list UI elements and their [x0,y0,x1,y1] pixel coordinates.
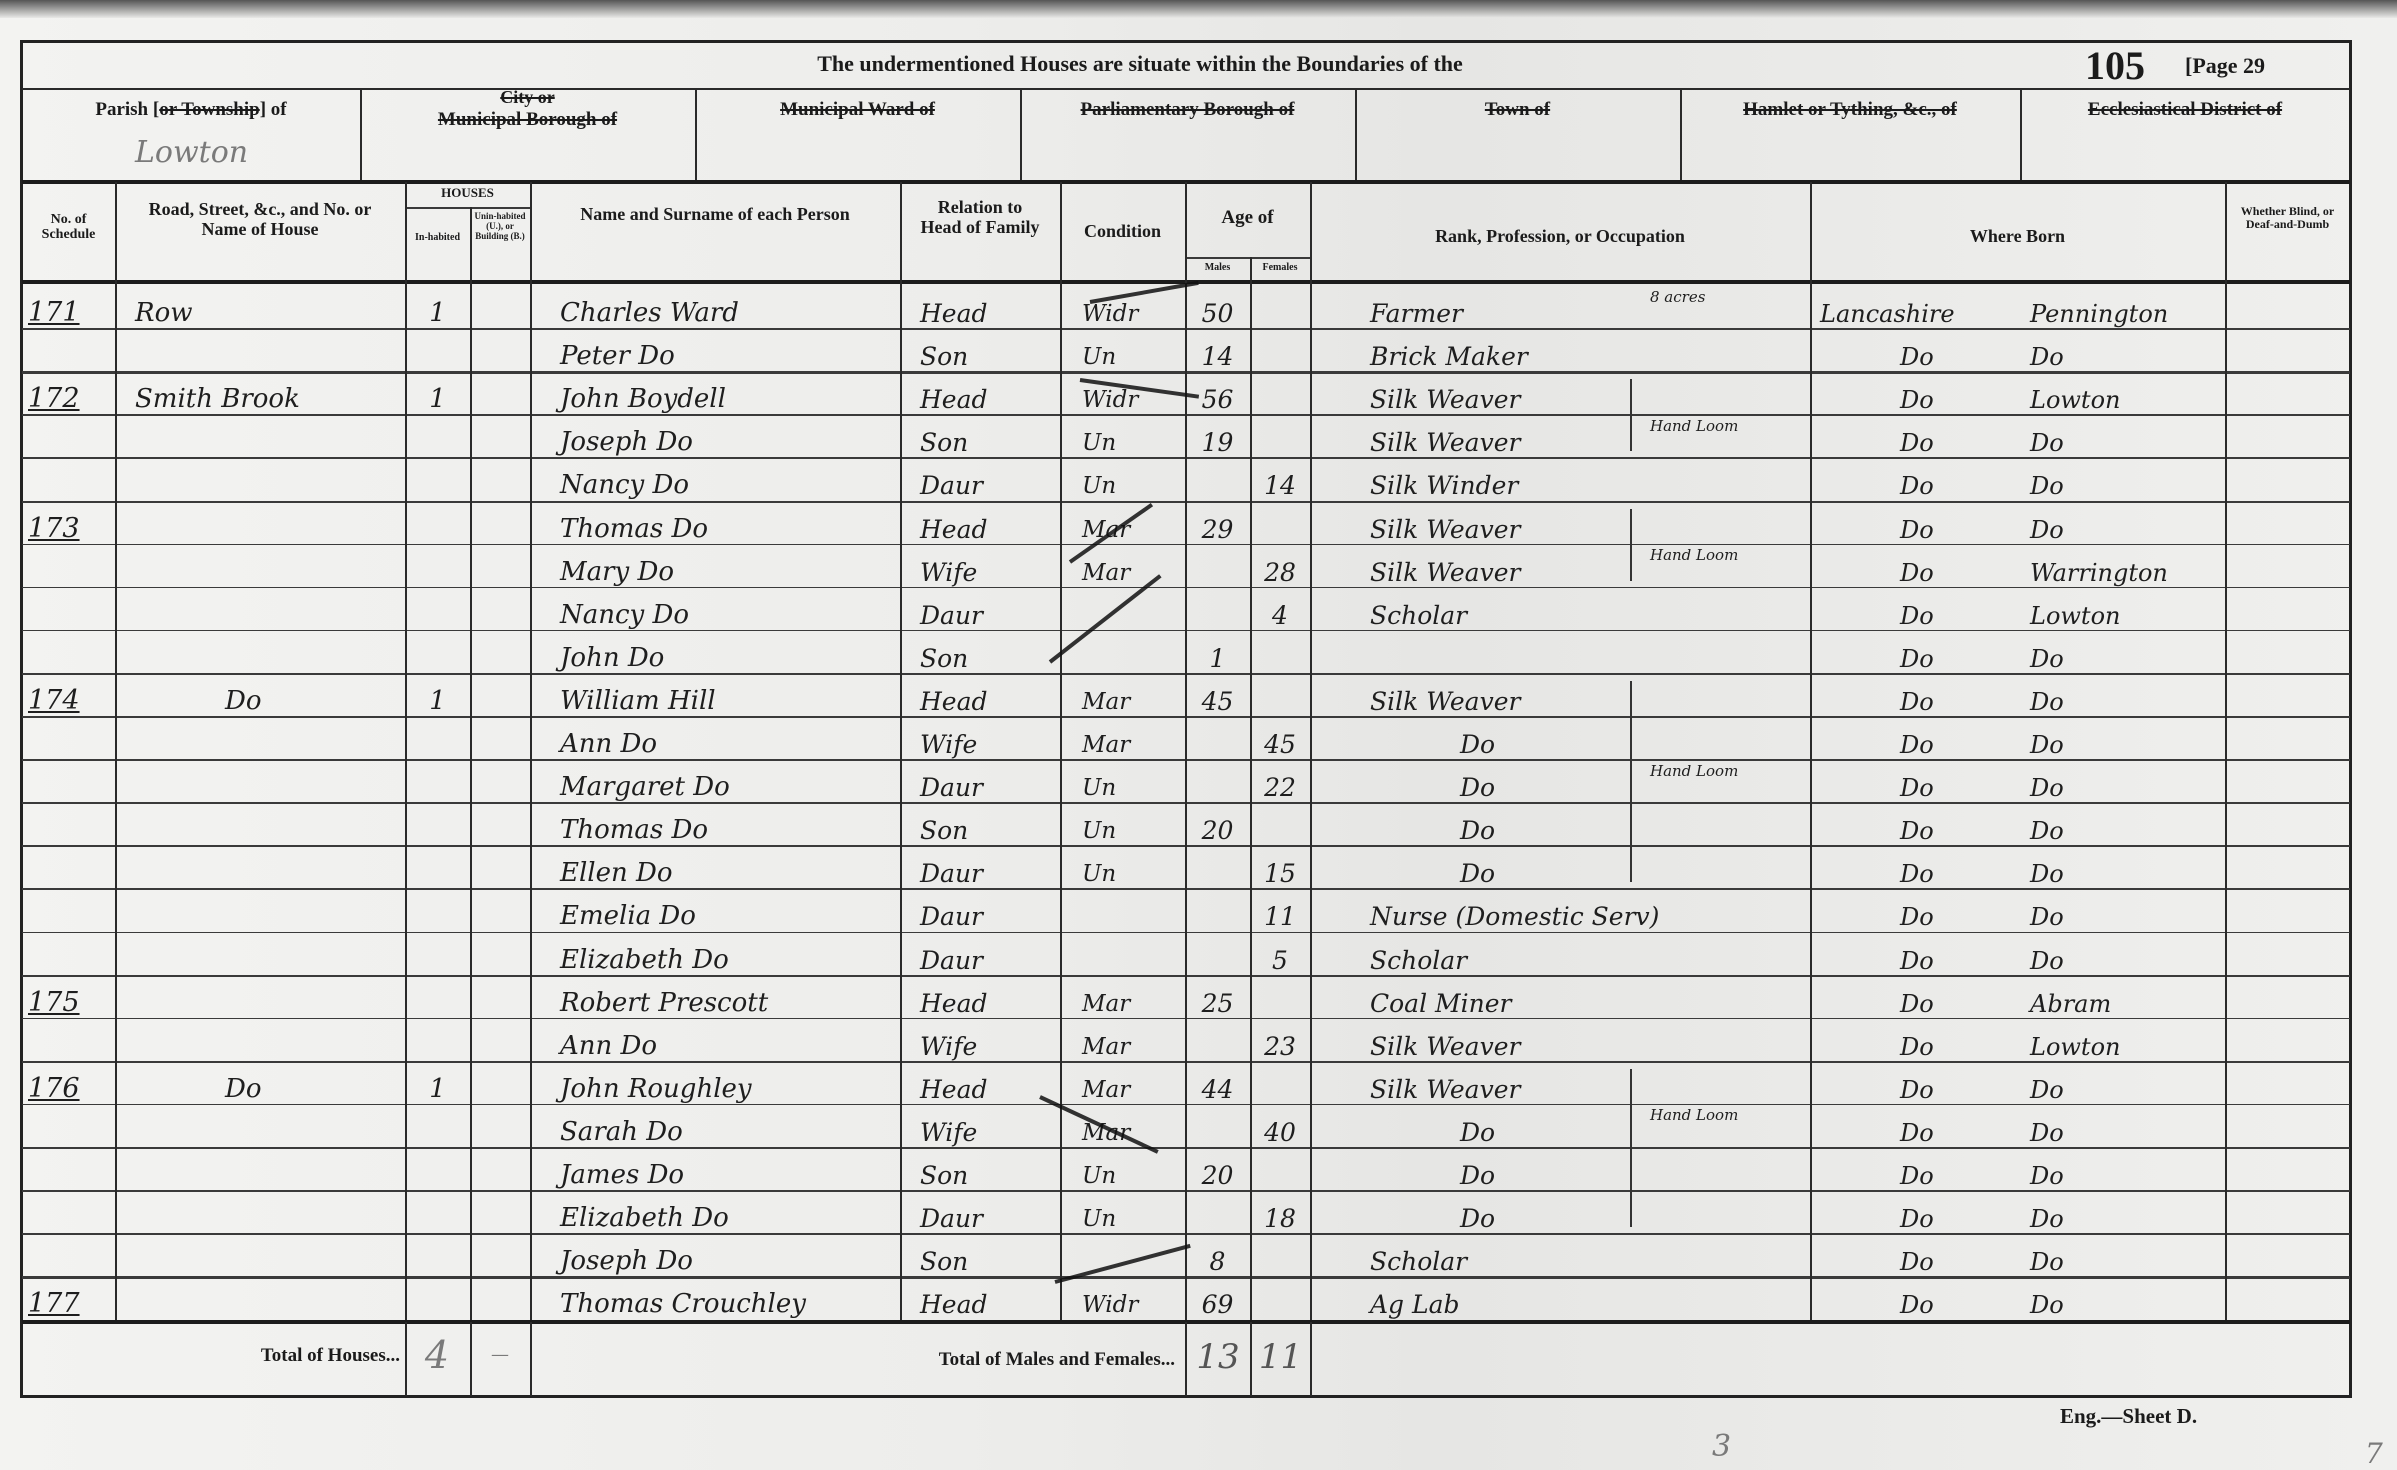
schedule-number [22,888,115,931]
person-name-text: Sarah Do [560,1119,683,1145]
occupation-text: Do [1460,1163,1495,1188]
person-name-text: Mary Do [560,559,674,585]
road-name [115,1190,405,1233]
road-name [115,630,405,673]
schedule-number [22,716,115,759]
header-males: Males [1185,262,1250,273]
birth-place-text: Do [2030,819,2064,843]
age-rule [1185,257,1310,259]
birth-place-text: Lowton [2030,1035,2120,1059]
road-name [115,1233,405,1276]
person-name-text: Ann Do [560,731,657,757]
occupation-note: 8 acres [1640,263,1810,306]
inhabited-count [405,1233,470,1276]
female-age: 11 [1250,888,1310,931]
birth-county-text: Do [1900,1207,1934,1231]
bracket-mark [1630,509,1632,581]
female-age [1250,371,1310,414]
male-age-text: 69 [1202,1292,1234,1317]
occupation-text: Scholar [1370,603,1467,628]
road-name [115,845,405,888]
male-age-text: 20 [1202,1163,1234,1188]
birth-place: Do [2020,630,2225,673]
female-age: 18 [1250,1190,1310,1233]
female-age-text: 18 [1264,1206,1296,1231]
birth-county-text: Do [1900,518,1934,542]
birth-place-text: Abram [2030,992,2111,1016]
birth-county-text: Do [1900,561,1934,585]
birth-place-text: Do [2030,431,2064,455]
town-label: Town of [1355,100,1680,121]
female-age-text: 45 [1264,732,1296,757]
person-name-text: Elizabeth Do [560,1205,729,1231]
person-name: Thomas Do [530,501,900,544]
inhabited-count-text: 1 [429,688,446,714]
road-name-text: Do [225,1076,262,1102]
schedule-number [22,759,115,802]
inhabited-count [405,587,470,630]
schedule-number [22,1190,115,1233]
occupation-note-text: Hand Loom [1650,764,1738,779]
male-age: 14 [1185,328,1250,371]
relation-to-head-text: Head [920,387,988,412]
schedule-number [22,630,115,673]
marital-condition: Un [1060,802,1185,845]
inhabited-count [405,414,470,457]
folio-number: 105 [2060,44,2170,88]
schedule-number [22,1233,115,1276]
female-age [1250,1147,1310,1190]
birth-place-text: Pennington [2030,302,2168,326]
birth-place: Do [2020,845,2225,888]
road-name-text: Row [135,300,192,326]
birth-place-text: Do [2030,733,2064,757]
occupation-text: Scholar [1370,948,1467,973]
occupation-note: Hand Loom [1640,738,1810,781]
census-row: Thomas DoSonUn20DoDoDo [0,802,2397,845]
relation-to-head: Head [900,673,1060,716]
person-name: Elizabeth Do [530,1190,900,1233]
inhabited-count [405,328,470,371]
birth-county-text: Do [1900,1250,1934,1274]
male-age-text: 20 [1202,818,1234,843]
inhabited-count [405,932,470,975]
male-age [1185,845,1250,888]
female-age [1250,673,1310,716]
person-name: Ellen Do [530,845,900,888]
birth-county-text: Do [1900,819,1934,843]
relation-to-head: Daur [900,1190,1060,1233]
relation-to-head-text: Head [920,301,988,326]
inhabited-count [405,845,470,888]
relation-to-head: Head [900,975,1060,1018]
male-age-text: 25 [1202,991,1234,1016]
occupation [1310,630,1810,673]
marital-condition [1060,587,1185,630]
person-name-text: Margaret Do [560,774,730,800]
birth-county-text: Do [1900,431,1934,455]
female-age-text: 14 [1264,473,1296,498]
occupation-text: Silk Weaver [1370,1034,1520,1059]
birth-county-text: Do [1900,1164,1934,1188]
male-age [1185,1018,1250,1061]
header-age: Age of [1185,208,1310,229]
schedule-number [22,845,115,888]
person-name: Robert Prescott [530,975,900,1018]
birth-place: Do [2020,1104,2225,1147]
relation-to-head-text: Son [920,344,968,369]
male-age: 19 [1185,414,1250,457]
male-age-text: 44 [1202,1077,1234,1102]
hamlet-label: Hamlet or Tything, &c., of [1680,100,2020,121]
road-name [115,587,405,630]
person-name-text: Elizabeth Do [560,947,729,973]
female-age-text: 40 [1264,1120,1296,1145]
census-row: 176Do1John RoughleyHeadMar44Silk WeaverD… [0,1061,2397,1104]
parish-label-end: ] of [260,99,287,120]
birth-county-text: Do [1900,1121,1934,1145]
census-row: 173Thomas DoHeadMar29Silk WeaverDoDo [0,501,2397,544]
birth-place: Do [2020,932,2225,975]
schedule-number: 177 [22,1276,115,1319]
occupation: Nurse (Domestic Serv) [1310,888,1810,931]
person-name: Ann Do [530,1018,900,1061]
occupation-note: Hand Loom [1640,522,1810,565]
relation-to-head-text: Wife [920,1034,977,1059]
relation-to-head-text: Wife [920,732,977,757]
occupation-text: Nurse (Domestic Serv) [1370,904,1659,929]
occupation-text: Do [1460,1206,1495,1231]
relation-to-head-text: Daur [920,473,983,498]
relation-to-head-text: Daur [920,948,983,973]
relation-to-head: Wife [900,544,1060,587]
marital-condition: Un [1060,457,1185,500]
inhabited-count [405,802,470,845]
census-row: 177Thomas CrouchleyHeadWidr69Ag LabDoDo [0,1276,2397,1319]
inhabited-count [405,1276,470,1319]
relation-to-head: Head [900,285,1060,328]
census-row: Mary DoWifeMar28Silk WeaverDoWarringtonH… [0,544,2397,587]
schedule-number [22,457,115,500]
schedule-number-text: 174 [28,687,80,714]
marital-condition-text: Mar [1082,734,1130,757]
municipal-ward-label: Municipal Ward of [695,100,1020,121]
marital-condition-text: Un [1082,1208,1116,1231]
relation-to-head: Son [900,328,1060,371]
occupation: Silk Weaver [1310,673,1810,716]
column-rule [530,182,532,1320]
bracket-mark [1630,681,1632,883]
road-name: Do [115,673,405,716]
female-age: 45 [1250,716,1310,759]
relation-to-head-text: Head [920,1077,988,1102]
person-name: Emelia Do [530,888,900,931]
inhabited-count-text: 1 [429,386,446,412]
marital-condition: Mar [1060,673,1185,716]
relation-to-head-text: Head [920,517,988,542]
marital-condition-text: Mar [1082,1079,1130,1102]
census-row: Peter DoSonUn14Brick MakerDoDo [0,328,2397,371]
birth-place: Do [2020,1276,2225,1319]
schedule-number [22,544,115,587]
marital-condition-text: Widr [1082,303,1138,326]
birth-county-text: Do [1900,345,1934,369]
person-name: William Hill [530,673,900,716]
marital-condition: Un [1060,759,1185,802]
boundary-divider [1355,90,1357,180]
person-name-text: Ann Do [560,1033,657,1059]
birth-place-text: Do [2030,1164,2064,1188]
female-age-text: 5 [1272,948,1288,973]
female-age [1250,1233,1310,1276]
road-name [115,1276,405,1319]
parish-label: Parish [or Township] of [22,100,360,121]
schedule-number: 173 [22,501,115,544]
column-rule [405,182,407,1320]
female-age [1250,802,1310,845]
person-name: Charles Ward [530,285,900,328]
totals-column-rule [1310,1322,1312,1396]
inhabited-count: 1 [405,673,470,716]
birth-place-text: Do [2030,776,2064,800]
person-name-text: Thomas Do [560,817,708,843]
person-name: Mary Do [530,544,900,587]
marital-condition-text: Un [1082,820,1116,843]
corner-mark-3: 3 [1712,1432,1731,1462]
birth-county-text: Do [1900,1293,1934,1317]
relation-to-head: Wife [900,716,1060,759]
birth-county-text: Do [1900,690,1934,714]
occupation-text: Do [1460,732,1495,757]
occupation-text: Do [1460,861,1495,886]
bracket-mark [1630,379,1632,451]
occupation-text: Silk Weaver [1370,560,1520,585]
birth-place-text: Do [2030,690,2064,714]
occupation-text: Ag Lab [1370,1292,1460,1317]
female-age: 22 [1250,759,1310,802]
person-name-text: Ellen Do [560,860,673,886]
header-schedule: No. of Schedule [22,212,115,243]
schedule-number-text: 173 [28,515,80,542]
relation-to-head-text: Daur [920,775,983,800]
occupation: Do [1310,1147,1810,1190]
relation-to-head: Son [900,1233,1060,1276]
road-name [115,414,405,457]
inhabited-count [405,457,470,500]
total-houses-label: Total of Houses... [150,1346,400,1367]
male-age: 8 [1185,1233,1250,1276]
birth-place: Do [2020,802,2225,845]
male-age-text: 1 [1210,646,1226,671]
marital-condition: Mar [1060,1061,1185,1104]
person-name: John Do [530,630,900,673]
relation-to-head: Son [900,630,1060,673]
person-name-text: Thomas Crouchley [560,1291,806,1317]
census-row: 171Row1Charles WardHeadWidr50FarmerLanca… [0,285,2397,328]
schedule-number [22,802,115,845]
person-name-text: John Roughley [560,1076,752,1102]
relation-to-head: Head [900,371,1060,414]
relation-to-head: Wife [900,1018,1060,1061]
relation-to-head: Head [900,1061,1060,1104]
road-name [115,759,405,802]
person-name-text: Emelia Do [560,903,696,929]
male-age-text: 14 [1202,344,1234,369]
marital-condition: Un [1060,1147,1185,1190]
female-age-text: 22 [1264,775,1296,800]
birth-place: Do [2020,759,2225,802]
relation-to-head-text: Wife [920,560,977,585]
schedule-number [22,414,115,457]
marital-condition: Mar [1060,1018,1185,1061]
sheet-label: Eng.—Sheet D. [2060,1405,2260,1428]
marital-condition-text: Mar [1082,691,1130,714]
birth-place: Do [2020,501,2225,544]
male-age [1185,932,1250,975]
header-occupation: Rank, Profession, or Occupation [1310,227,1810,247]
census-row: Nancy DoDaurUn14Silk WinderDoDo [0,457,2397,500]
road-name [115,544,405,587]
male-age-text: 56 [1202,387,1234,412]
marital-condition-text: Un [1082,863,1116,886]
male-age: 44 [1185,1061,1250,1104]
male-age: 20 [1185,1147,1250,1190]
marital-condition: Un [1060,1190,1185,1233]
female-age-text: 11 [1264,904,1296,929]
birth-place-text: Do [2030,345,2064,369]
occupation: Do [1310,802,1810,845]
census-row: 174Do1William HillHeadMar45Silk WeaverDo… [0,673,2397,716]
schedule-number [22,328,115,371]
relation-to-head: Daur [900,587,1060,630]
person-name-text: Charles Ward [560,300,739,326]
census-row: 172Smith Brook1John BoydellHeadWidr56Sil… [0,371,2397,414]
inhabited-count: 1 [405,1061,470,1104]
schedule-number: 176 [22,1061,115,1104]
marital-condition-text: Mar [1082,1036,1130,1059]
marital-condition-text: Un [1082,432,1116,455]
schedule-number [22,1147,115,1190]
boundary-divider [360,90,362,180]
occupation-text: Do [1460,1120,1495,1145]
marital-condition-text: Un [1082,777,1116,800]
occupation: Do [1310,845,1810,888]
totals-column-rule [530,1322,532,1396]
occupation: Scholar [1310,932,1810,975]
municipal-borough-label: Municipal Borough of [360,110,695,131]
road-name [115,932,405,975]
census-page: The undermentioned Houses are situate wi… [0,0,2397,1470]
relation-to-head: Daur [900,759,1060,802]
schedule-number-text: 171 [28,299,80,326]
column-rule [1810,182,1812,1320]
total-houses-inhabited: 4 [412,1336,462,1374]
male-age-text: 45 [1202,689,1234,714]
birth-place: Do [2020,673,2225,716]
person-name: John Roughley [530,1061,900,1104]
inhabited-count [405,501,470,544]
birth-place: Do [2020,1190,2225,1233]
occupation-text: Silk Weaver [1370,387,1520,412]
birth-place: Do [2020,1233,2225,1276]
birth-place: Do [2020,1147,2225,1190]
census-row: Margaret DoDaurUn22DoDoDoHand Loom [0,759,2397,802]
relation-to-head-text: Head [920,991,988,1016]
ecclesiastical-district-label: Ecclesiastical District of [2020,100,2350,121]
census-row: Ann DoWifeMar23Silk WeaverDoLowton [0,1018,2397,1061]
corner-mark-7: 7 [2365,1440,2383,1468]
road-name-text: Smith Brook [135,386,300,412]
person-name: Margaret Do [530,759,900,802]
birth-place: Lowton [2020,1018,2225,1061]
marital-condition: Un [1060,414,1185,457]
boundary-divider [2020,90,2022,180]
township-struck: or Township [159,99,260,120]
birth-place: Do [2020,888,2225,931]
parliamentary-borough-label: Parliamentary Borough of [1020,100,1355,121]
male-age [1185,1104,1250,1147]
occupation: Scholar [1310,1233,1810,1276]
birth-place: Lowton [2020,587,2225,630]
header-road: Road, Street, &c., and No. or Name of Ho… [115,200,405,240]
totals-column-rule [470,1322,472,1396]
person-name: Thomas Crouchley [530,1276,900,1319]
inhabited-count [405,759,470,802]
relation-to-head: Daur [900,457,1060,500]
inhabited-count [405,888,470,931]
birth-county-text: Do [1900,776,1934,800]
occupation-note-text: Hand Loom [1650,548,1738,563]
total-persons-label: Total of Males and Females... [760,1350,1175,1371]
header-where-born: Where Born [1810,227,2225,247]
header-relation: Relation to Head of Family [900,198,1060,238]
male-age: 1 [1185,630,1250,673]
boundaries-title: The undermentioned Houses are situate wi… [540,52,1740,76]
occupation-text: Coal Miner [1370,991,1511,1016]
marital-condition: Un [1060,845,1185,888]
male-age-text: 8 [1210,1249,1226,1274]
birth-county-text: Lancashire [1820,302,1955,326]
occupation-note: Hand Loom [1640,393,1810,436]
birth-place: Do [2020,328,2225,371]
marital-condition: Mar [1060,975,1185,1018]
occupation-text: Silk Weaver [1370,689,1520,714]
marital-condition [1060,888,1185,931]
inhabited-count: 1 [405,285,470,328]
parish-value: Lowton [135,138,248,168]
birth-county-text: Do [1900,905,1934,929]
relation-to-head-text: Wife [920,1120,977,1145]
road-name: Row [115,285,405,328]
female-age: 15 [1250,845,1310,888]
birth-place-text: Do [2030,1293,2064,1317]
census-row: James DoSonUn20DoDoDo [0,1147,2397,1190]
occupation: Ag Lab [1310,1276,1810,1319]
occupation: Brick Maker [1310,328,1810,371]
total-females: 11 [1253,1340,1308,1374]
occupation-text: Silk Weaver [1370,517,1520,542]
road-name [115,888,405,931]
female-age-text: 15 [1264,861,1296,886]
male-age [1185,457,1250,500]
male-age [1185,716,1250,759]
schedule-number: 174 [22,673,115,716]
birth-place-text: Do [2030,474,2064,498]
male-age-text: 50 [1202,301,1234,326]
person-name-text: James Do [560,1162,684,1188]
road-name [115,501,405,544]
marital-condition-text: Un [1082,346,1116,369]
